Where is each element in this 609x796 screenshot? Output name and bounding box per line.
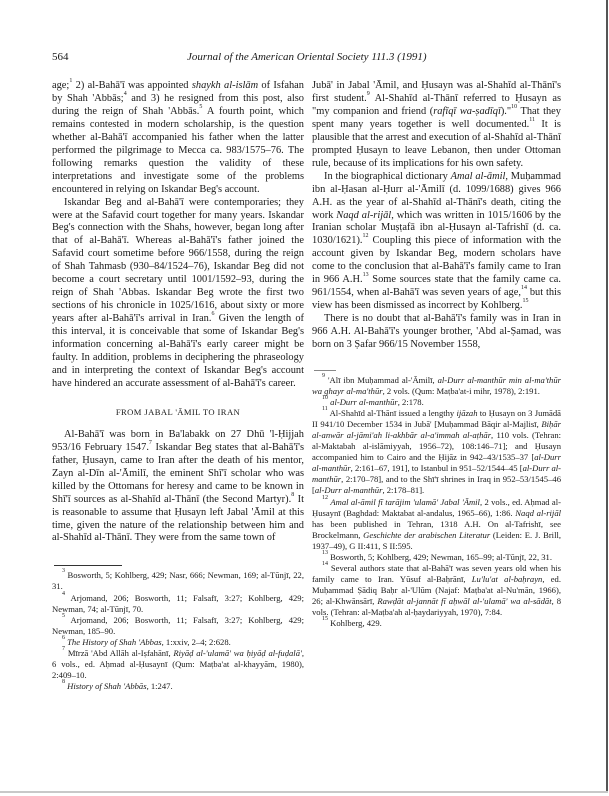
page-header: 564 Journal of the American Oriental Soc… bbox=[52, 51, 560, 65]
italic-text: Amal al-āmil fī tarājim 'ulamā' Jabal 'Ā… bbox=[330, 497, 480, 507]
footnote: 8 History of Shah 'Abbās, 1:247. bbox=[52, 681, 304, 692]
footnote-number: 6 bbox=[62, 635, 65, 641]
italic-text: Amal al-āmil bbox=[451, 171, 506, 182]
footnote-number: 14 bbox=[322, 561, 328, 567]
italic-text: al-Durr al-manthūr bbox=[315, 485, 383, 495]
paragraph: Iskandar Beg and al-Bahā'ī were contempo… bbox=[52, 197, 304, 391]
left-body-after-heading: Al-Bahā'ī was born in Ba'labakk on 27 Dh… bbox=[52, 429, 304, 546]
footnote-rule bbox=[314, 370, 336, 371]
footnote-marker: 9 bbox=[367, 91, 370, 97]
footnote-number: 10 bbox=[322, 395, 328, 401]
page-edge-bottom bbox=[0, 791, 608, 793]
right-body: Jubā' in Jabal 'Āmil, and Ḥusayn was al-… bbox=[312, 80, 561, 352]
running-title: Journal of the American Oriental Society… bbox=[187, 51, 427, 63]
footnote-marker: 5 bbox=[199, 104, 202, 110]
left-column: age;1 2) al-Bahā'ī was appointed shaykh … bbox=[52, 80, 304, 692]
italic-text: ijāzah bbox=[457, 408, 478, 418]
page-edge-right bbox=[606, 0, 608, 792]
right-column: Jubā' in Jabal 'Āmil, and Ḥusayn was al-… bbox=[312, 80, 561, 629]
right-footnotes: 9 'Alī ibn Muḥammad al-'Āmilī, al-Durr a… bbox=[312, 375, 561, 629]
footnote-marker: 4 bbox=[124, 91, 127, 97]
footnote-number: 8 bbox=[62, 679, 65, 685]
footnote-number: 7 bbox=[62, 646, 65, 652]
footnote-number: 15 bbox=[322, 616, 328, 622]
footnote-marker: 10 bbox=[511, 104, 517, 110]
footnote: 10 al-Durr al-manthūr, 2:178. bbox=[312, 397, 561, 408]
footnote-marker: 8 bbox=[291, 492, 294, 498]
document-page: 564 Journal of the American Oriental Soc… bbox=[0, 0, 606, 791]
footnote-number: 4 bbox=[62, 591, 65, 597]
footnote-number: 12 bbox=[322, 495, 328, 501]
footnote-rule bbox=[54, 565, 122, 566]
paragraph: age;1 2) al-Bahā'ī was appointed shaykh … bbox=[52, 80, 304, 197]
footnote-marker: 13 bbox=[363, 272, 369, 278]
italic-text: Naqd al-rijāl bbox=[515, 508, 561, 518]
footnote-marker: 14 bbox=[521, 285, 527, 291]
left-body: age;1 2) al-Bahā'ī was appointed shaykh … bbox=[52, 80, 304, 391]
italic-text: History of Shah 'Abbās bbox=[67, 681, 146, 691]
footnote-marker: 1 bbox=[69, 78, 72, 84]
italic-text: Geschichte der arabischen Literatur bbox=[363, 530, 490, 540]
paragraph: In the biographical dictionary Amal al-ā… bbox=[312, 171, 561, 313]
footnote: 13 Bosworth, 5; Kohlberg, 429; Newman, 1… bbox=[312, 552, 561, 563]
italic-text: shaykh al-islām bbox=[192, 80, 258, 91]
italic-text: al-Durr al-manthūr bbox=[330, 397, 398, 407]
footnote: 9 'Alī ibn Muḥammad al-'Āmilī, al-Durr a… bbox=[312, 375, 561, 397]
footnote-marker: 6 bbox=[211, 311, 214, 317]
paragraph: Al-Bahā'ī was born in Ba'labakk on 27 Dh… bbox=[52, 429, 304, 546]
footnote: 7 Mīrzā 'Abd Allāh al-Iṣfahānī, Riyāḍ al… bbox=[52, 648, 304, 681]
italic-text: Rawḍāt al-jannāt fī aḥwāl al-'ulamā' wa … bbox=[377, 596, 551, 606]
paragraph: Jubā' in Jabal 'Āmil, and Ḥusayn was al-… bbox=[312, 80, 561, 171]
italic-text: Naqd al-rijāl bbox=[336, 210, 391, 221]
footnote-number: 13 bbox=[322, 550, 328, 556]
paragraph: There is no doubt that al-Bahā'ī's famil… bbox=[312, 313, 561, 352]
footnote: 5 Arjomand, 206; Bosworth, 11; Falsafī, … bbox=[52, 615, 304, 637]
footnote: 14 Several authors state that al-Bahā'ī … bbox=[312, 563, 561, 618]
footnote: 15 Kohlberg, 429. bbox=[312, 618, 561, 629]
italic-text: Lu'lu'at al-baḥrayn bbox=[472, 574, 543, 584]
footnote-marker: 12 bbox=[363, 233, 369, 239]
italic-text: Riyāḍ al-'ulamā' wa ḥiyāḍ al-fuḍalā' bbox=[173, 648, 301, 658]
footnote: 11 Al-Shahīd al-Thānī issued a lengthy i… bbox=[312, 408, 561, 496]
footnote-marker: 15 bbox=[522, 298, 528, 304]
footnote: 12 Amal al-āmil fī tarājim 'ulamā' Jabal… bbox=[312, 497, 561, 552]
italic-text: al-Durr al-manthūr min al-ma'thūr wa gha… bbox=[312, 375, 561, 396]
left-footnotes: 3 Bosworth, 5; Kohlberg, 429; Nasr, 666;… bbox=[52, 570, 304, 692]
italic-text: rafīqī wa-ṣadīqī bbox=[433, 106, 501, 117]
footnote: 6 The History of Shah 'Abbas, 1:xxiv, 2–… bbox=[52, 637, 304, 648]
footnote-marker: 11 bbox=[529, 117, 535, 123]
footnote-number: 5 bbox=[62, 613, 65, 619]
footnote-number: 3 bbox=[62, 568, 65, 574]
section-heading: FROM JABAL 'ĀMIL TO IRAN bbox=[52, 406, 304, 419]
italic-text: Biḥār al-anwār al-jāmi'ah li-akhbār al-a… bbox=[312, 419, 561, 440]
footnote: 4 Arjomand, 206; Bosworth, 11; Falsafī, … bbox=[52, 593, 304, 615]
footnote-number: 11 bbox=[322, 406, 328, 412]
italic-text: The History of Shah 'Abbas bbox=[67, 637, 161, 647]
footnote-number: 9 bbox=[322, 373, 325, 379]
page-number: 564 bbox=[52, 51, 69, 63]
footnote-marker: 7 bbox=[149, 440, 152, 446]
footnote: 3 Bosworth, 5; Kohlberg, 429; Nasr, 666;… bbox=[52, 570, 304, 592]
